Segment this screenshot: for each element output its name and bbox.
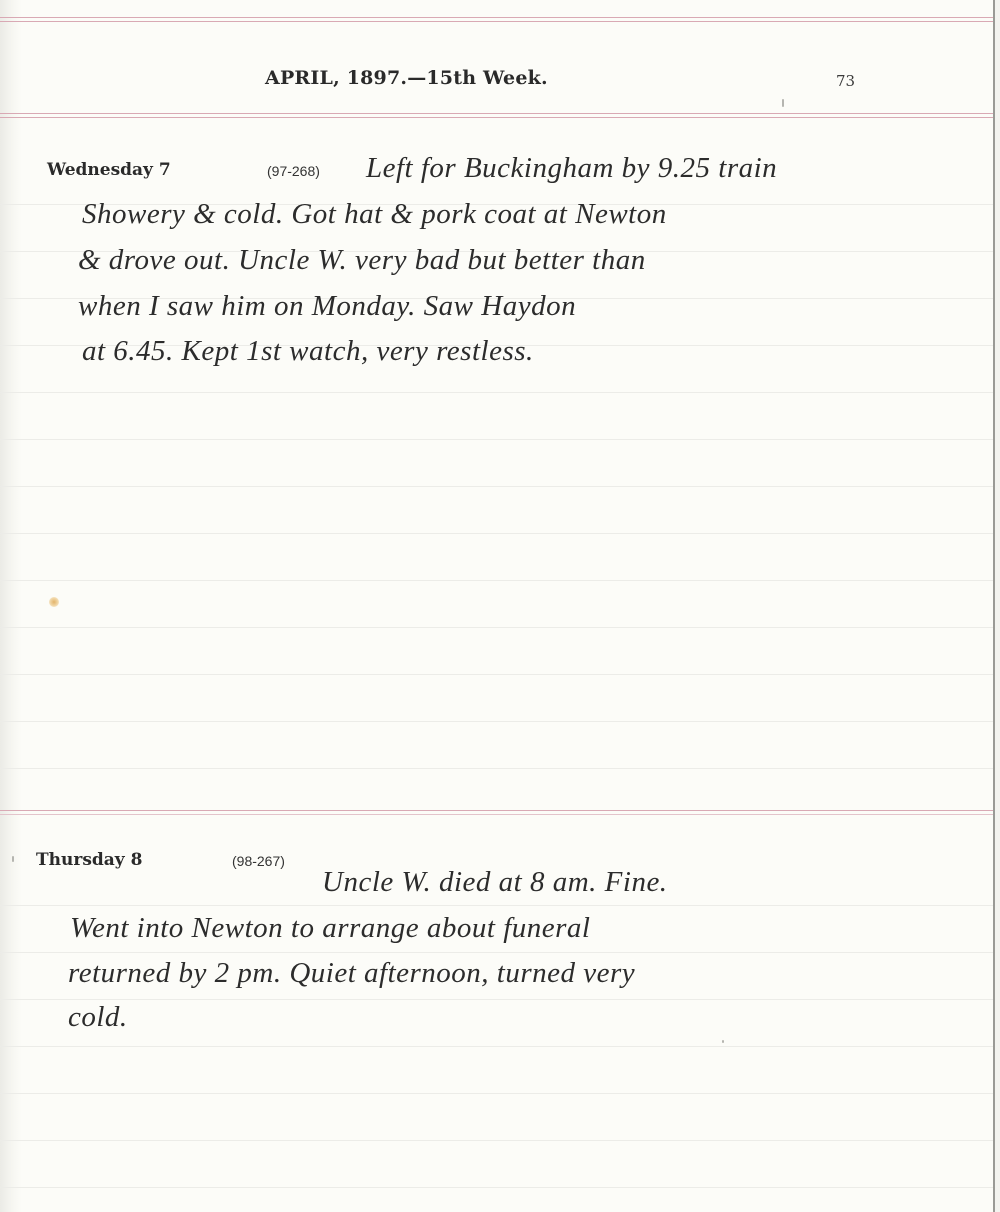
handwritten-line: at 6.45. Kept 1st watch, very restless. [82, 335, 534, 368]
ruled-line [0, 533, 993, 534]
page-number: 73 [836, 72, 855, 90]
ruled-line [0, 627, 993, 628]
header-top-rule [0, 17, 993, 18]
ruled-line [0, 674, 993, 675]
day-count-wednesday: (97-268) [267, 163, 320, 179]
handwritten-line: Left for Buckingham by 9.25 train [366, 152, 777, 185]
handwritten-line: cold. [68, 1001, 128, 1034]
handwritten-line: & drove out. Uncle W. very bad but bette… [78, 244, 646, 277]
handwritten-line: Showery & cold. Got hat & pork coat at N… [82, 198, 667, 231]
day-separator-rule-2 [0, 814, 993, 815]
ruled-line [0, 439, 993, 440]
ruled-line [0, 580, 993, 581]
day-separator-rule [0, 810, 993, 811]
ruled-line [0, 1187, 993, 1188]
day-count-thursday: (98-267) [232, 853, 285, 869]
ruled-line [0, 905, 993, 906]
paper-speck [722, 1040, 724, 1043]
header-bottom-rule [0, 113, 993, 114]
page-header-title: APRIL, 1897.—15th Week. [265, 67, 548, 89]
header-bottom-rule-2 [0, 117, 993, 118]
page-right-border [993, 0, 995, 1212]
handwritten-line: returned by 2 pm. Quiet afternoon, turne… [68, 957, 635, 990]
ruled-line [0, 392, 993, 393]
ruled-line [0, 486, 993, 487]
handwritten-line: when I saw him on Monday. Saw Haydon [78, 290, 576, 323]
ruled-line [0, 952, 993, 953]
ruled-line [0, 999, 993, 1000]
header-top-rule-2 [0, 21, 993, 22]
day-label-wednesday: Wednesday 7 [47, 160, 171, 180]
page-edge-margin [995, 0, 1000, 1212]
handwritten-line: Uncle W. died at 8 am. Fine. [322, 866, 668, 899]
paper-speck [782, 99, 784, 107]
day-label-thursday: Thursday 8 [36, 850, 142, 870]
ruled-line [0, 1046, 993, 1047]
ruled-line [0, 768, 993, 769]
paper-speck [12, 856, 14, 862]
paper-stain [49, 597, 59, 607]
ruled-line [0, 721, 993, 722]
diary-page: APRIL, 1897.—15th Week. 73 Wednesday 7 (… [0, 0, 1000, 1212]
ruled-line [0, 1093, 993, 1094]
ruled-line [0, 1140, 993, 1141]
handwritten-line: Went into Newton to arrange about funera… [70, 912, 590, 945]
binding-shadow [0, 0, 22, 1212]
